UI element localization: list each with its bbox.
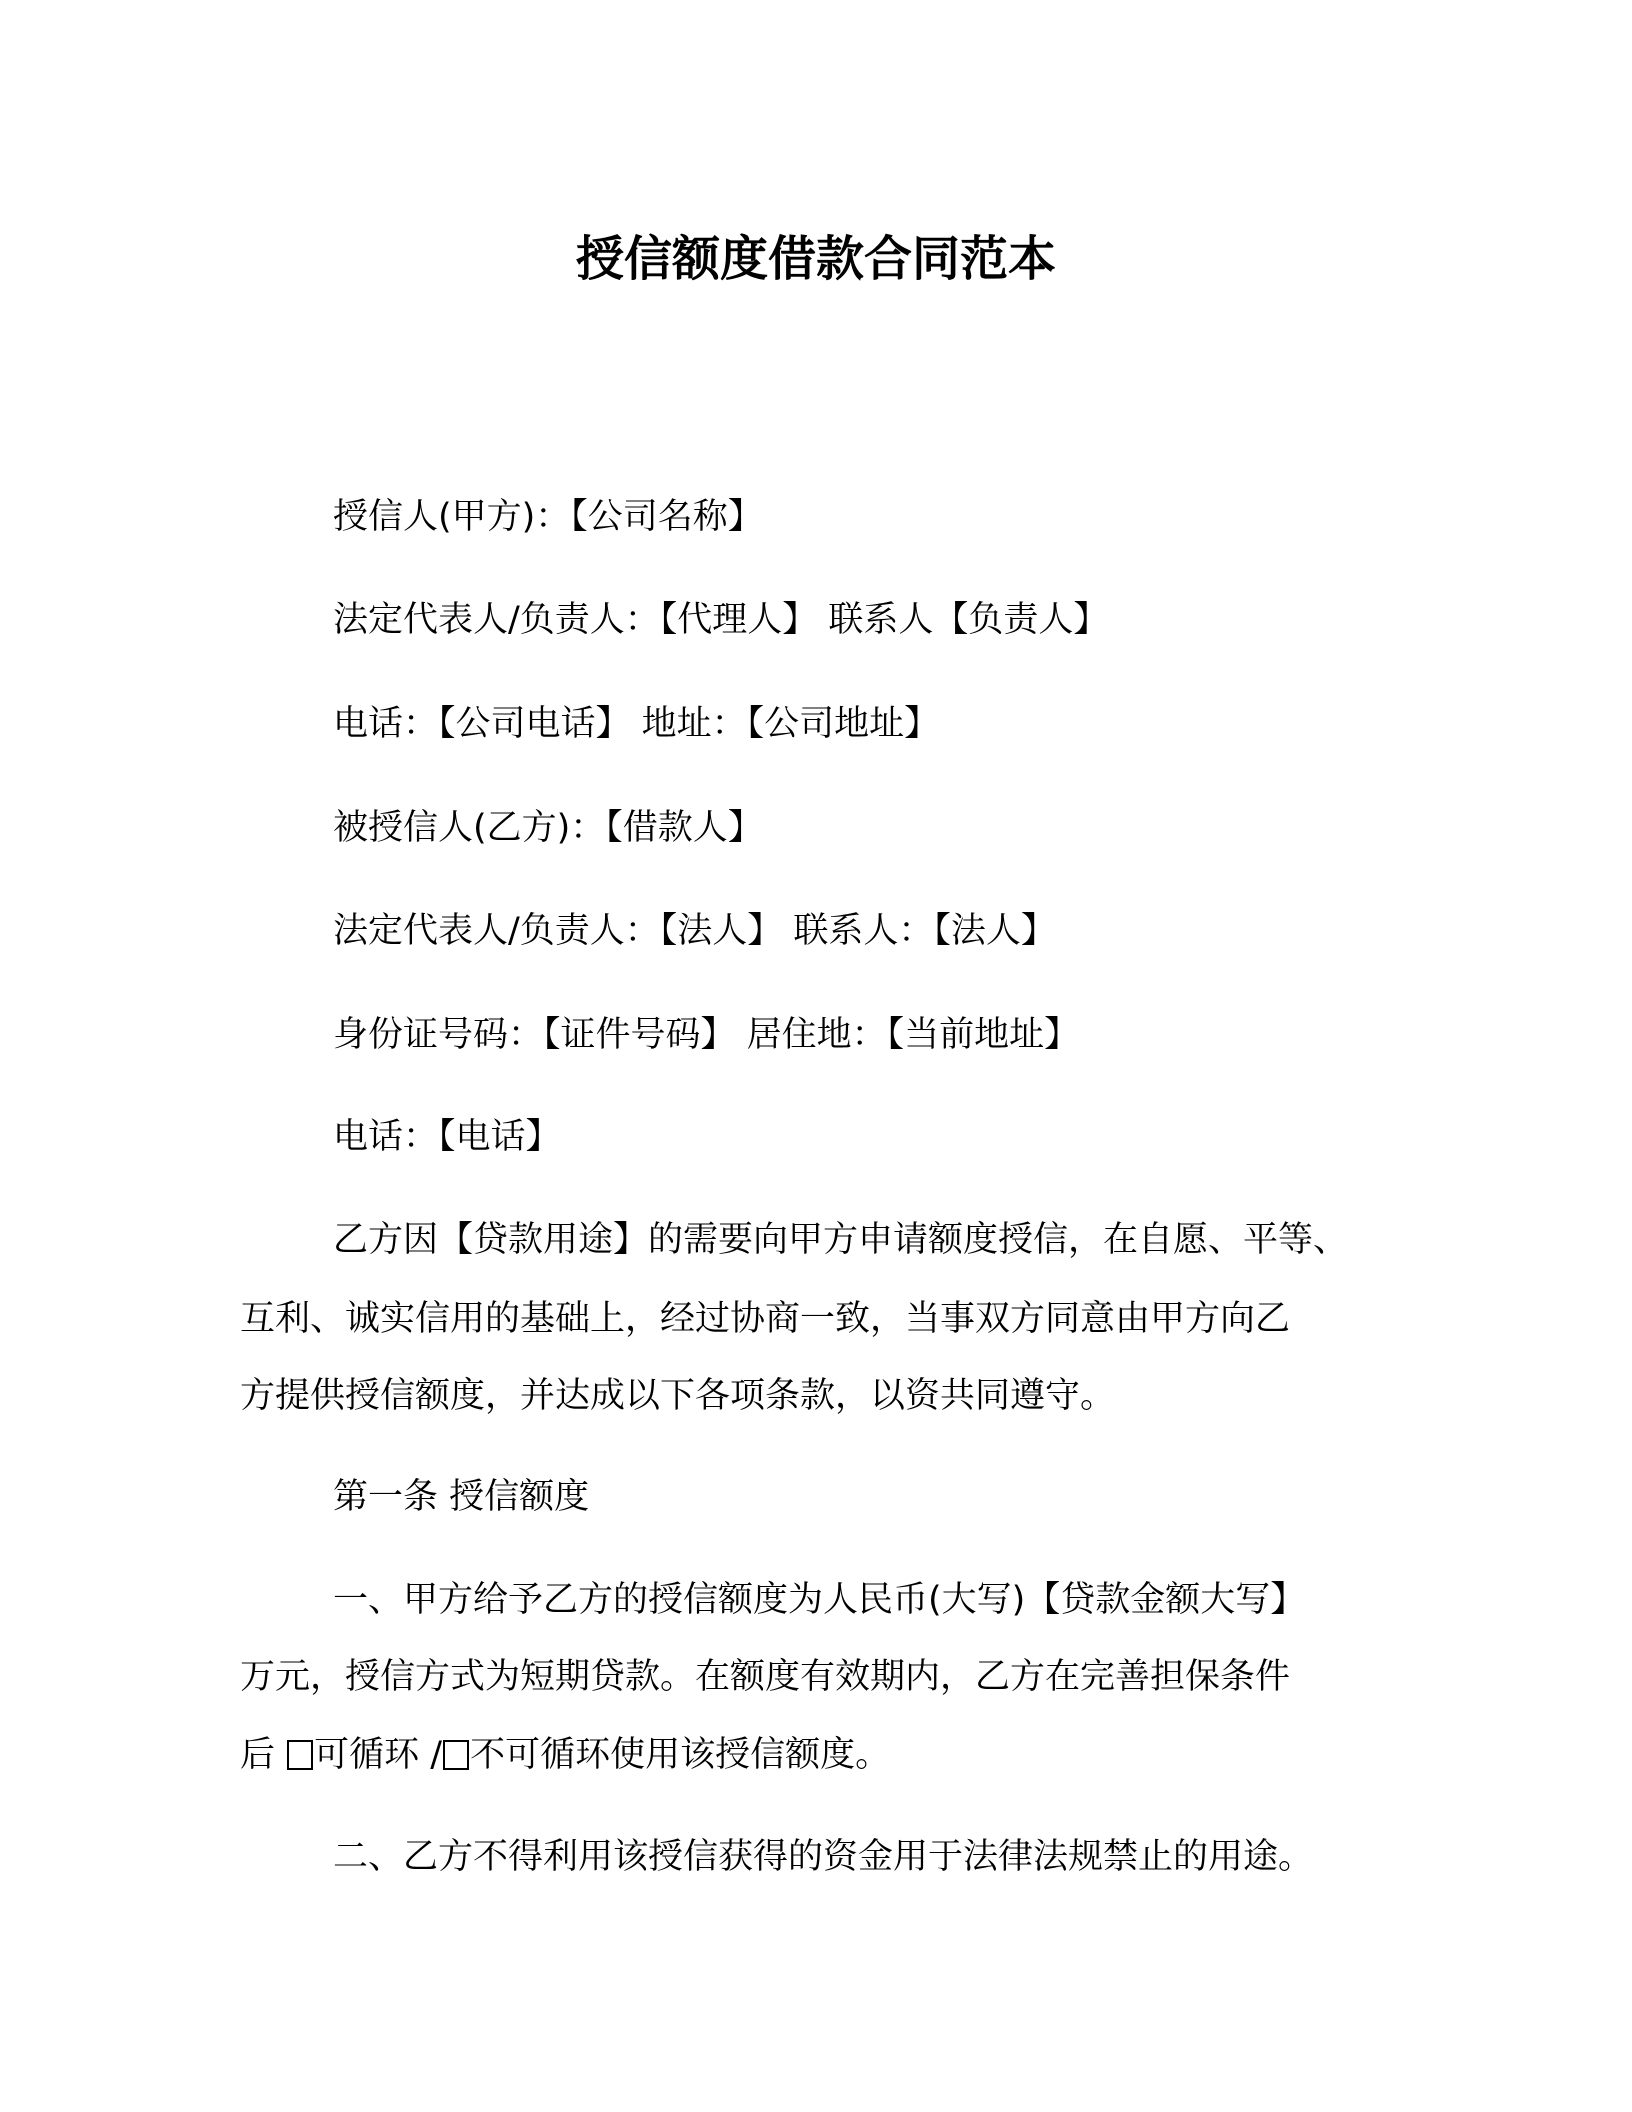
- preamble-line-2: 互利、诚实信用的基础上，经过协商一致，当事双方同意由甲方向乙: [240, 1297, 1290, 1341]
- clause-1-line-3: 后 可循环 /不可循环使用该授信额度。: [240, 1733, 890, 1777]
- clause-2-line: 二、乙方不得利用该授信获得的资金用于法律法规禁止的用途。: [333, 1835, 1313, 1879]
- preamble-line-3: 方提供授信额度，并达成以下各项条款，以资共同遵守。: [240, 1374, 1115, 1418]
- revolving-checkbox[interactable]: [287, 1740, 313, 1770]
- revolving-option-label: 可循环 /: [314, 1735, 442, 1775]
- preamble-line-1: 乙方因【贷款用途】的需要向甲方申请额度授信，在自愿、平等、: [333, 1218, 1348, 1262]
- party-b-phone-line: 电话：【电话】: [333, 1115, 561, 1159]
- article-1-heading: 第一条 授信额度: [333, 1475, 589, 1519]
- party-b-line: 被授信人(乙方)：【借款人】: [333, 806, 763, 850]
- clause-1-prefix: 后: [240, 1735, 286, 1775]
- party-a-representative-line: 法定代表人/负责人：【代理人】 联系人【负责人】: [333, 598, 1108, 642]
- party-b-representative-line: 法定代表人/负责人：【法人】 联系人：【法人】: [333, 909, 1056, 953]
- document-title: 授信额度借款合同范本: [0, 220, 1632, 289]
- party-a-line: 授信人(甲方)：【公司名称】: [333, 495, 763, 539]
- clause-1-line-2: 万元，授信方式为短期贷款。在额度有效期内，乙方在完善担保条件: [240, 1655, 1290, 1699]
- non-revolving-option-label: 不可循环使用该授信额度。: [470, 1735, 890, 1775]
- party-b-id-line: 身份证号码：【证件号码】 居住地：【当前地址】: [333, 1013, 1079, 1057]
- party-a-contact-line: 电话：【公司电话】 地址：【公司地址】: [333, 702, 939, 746]
- clause-1-line-1: 一、甲方给予乙方的授信额度为人民币(大写)【贷款金额大写】: [333, 1578, 1305, 1622]
- non-revolving-checkbox[interactable]: [443, 1740, 469, 1770]
